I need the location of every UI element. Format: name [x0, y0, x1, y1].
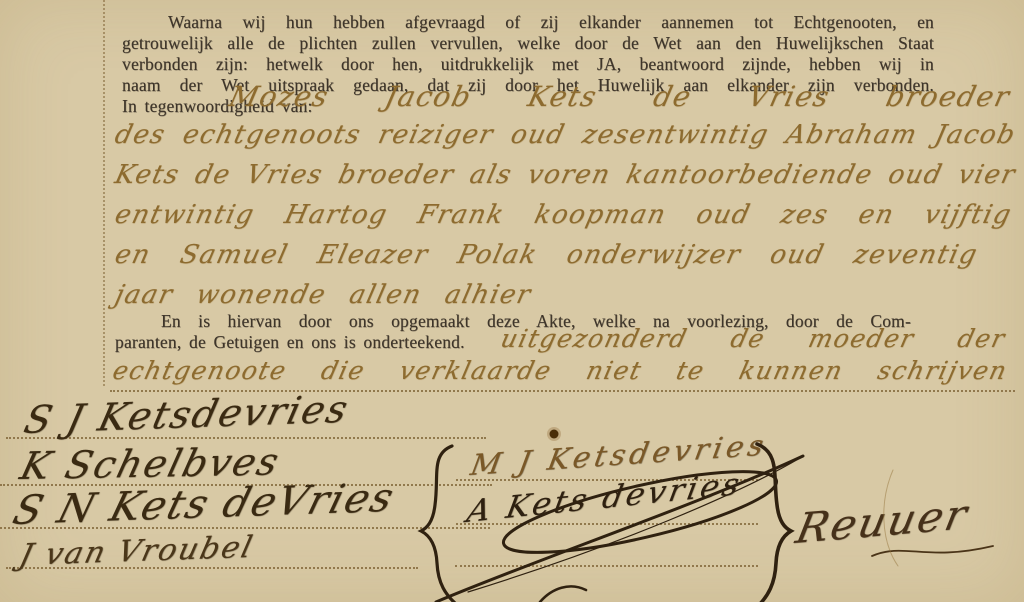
right-brace-mark — [757, 444, 791, 602]
ink-spot — [550, 430, 559, 439]
handwritten-exception-line: echtgenoote die verklaarde niet te kunne… — [110, 356, 1011, 385]
printed-paragraph1-line: Waarna wij hun hebben afgevraagd of zij … — [122, 12, 934, 33]
handwritten-witness-line: jaar wonende allen alhier — [112, 280, 534, 310]
handwritten-witness-line: entwintig Hartog Frank koopman oud zes e… — [112, 200, 1015, 230]
signature-official: Reuuer — [792, 490, 973, 553]
partial-signature-mark — [540, 586, 586, 602]
handwritten-witness-line: Kets de Vries broeder als voren kantoorb… — [112, 160, 1019, 190]
signature-groom-family: S J Ketsdevries — [20, 387, 354, 442]
ink-spot-halo — [547, 427, 561, 441]
signature-line — [455, 565, 758, 567]
handwritten-witness-line: des echtgenoots reiziger oud zesentwinti… — [112, 120, 1019, 150]
left-brace-mark — [421, 446, 456, 602]
handwritten-witness-line: Mozes Jacob Kets de Vries broeder — [226, 80, 1014, 113]
printed-paragraph2-line: paranten, de Getuigen en ons is ondertee… — [115, 332, 465, 353]
scanned-marriage-record: Waarna wij hun hebben afgevraagd of zij … — [0, 0, 1024, 602]
printed-paragraph1-line: verbonden zijn: hetwelk door hen, uitdru… — [122, 54, 934, 75]
handwritten-witness-line: en Samuel Eleazer Polak onderwijzer oud … — [112, 240, 981, 270]
official-signature-tail-mark — [872, 546, 993, 556]
handwritten-exception-line: uitgezonderd de moeder der — [498, 324, 1009, 353]
printed-paragraph1-line: getrouwelijk alle de plichten zullen ver… — [122, 33, 934, 54]
left-margin-dotted-rule — [103, 0, 105, 386]
